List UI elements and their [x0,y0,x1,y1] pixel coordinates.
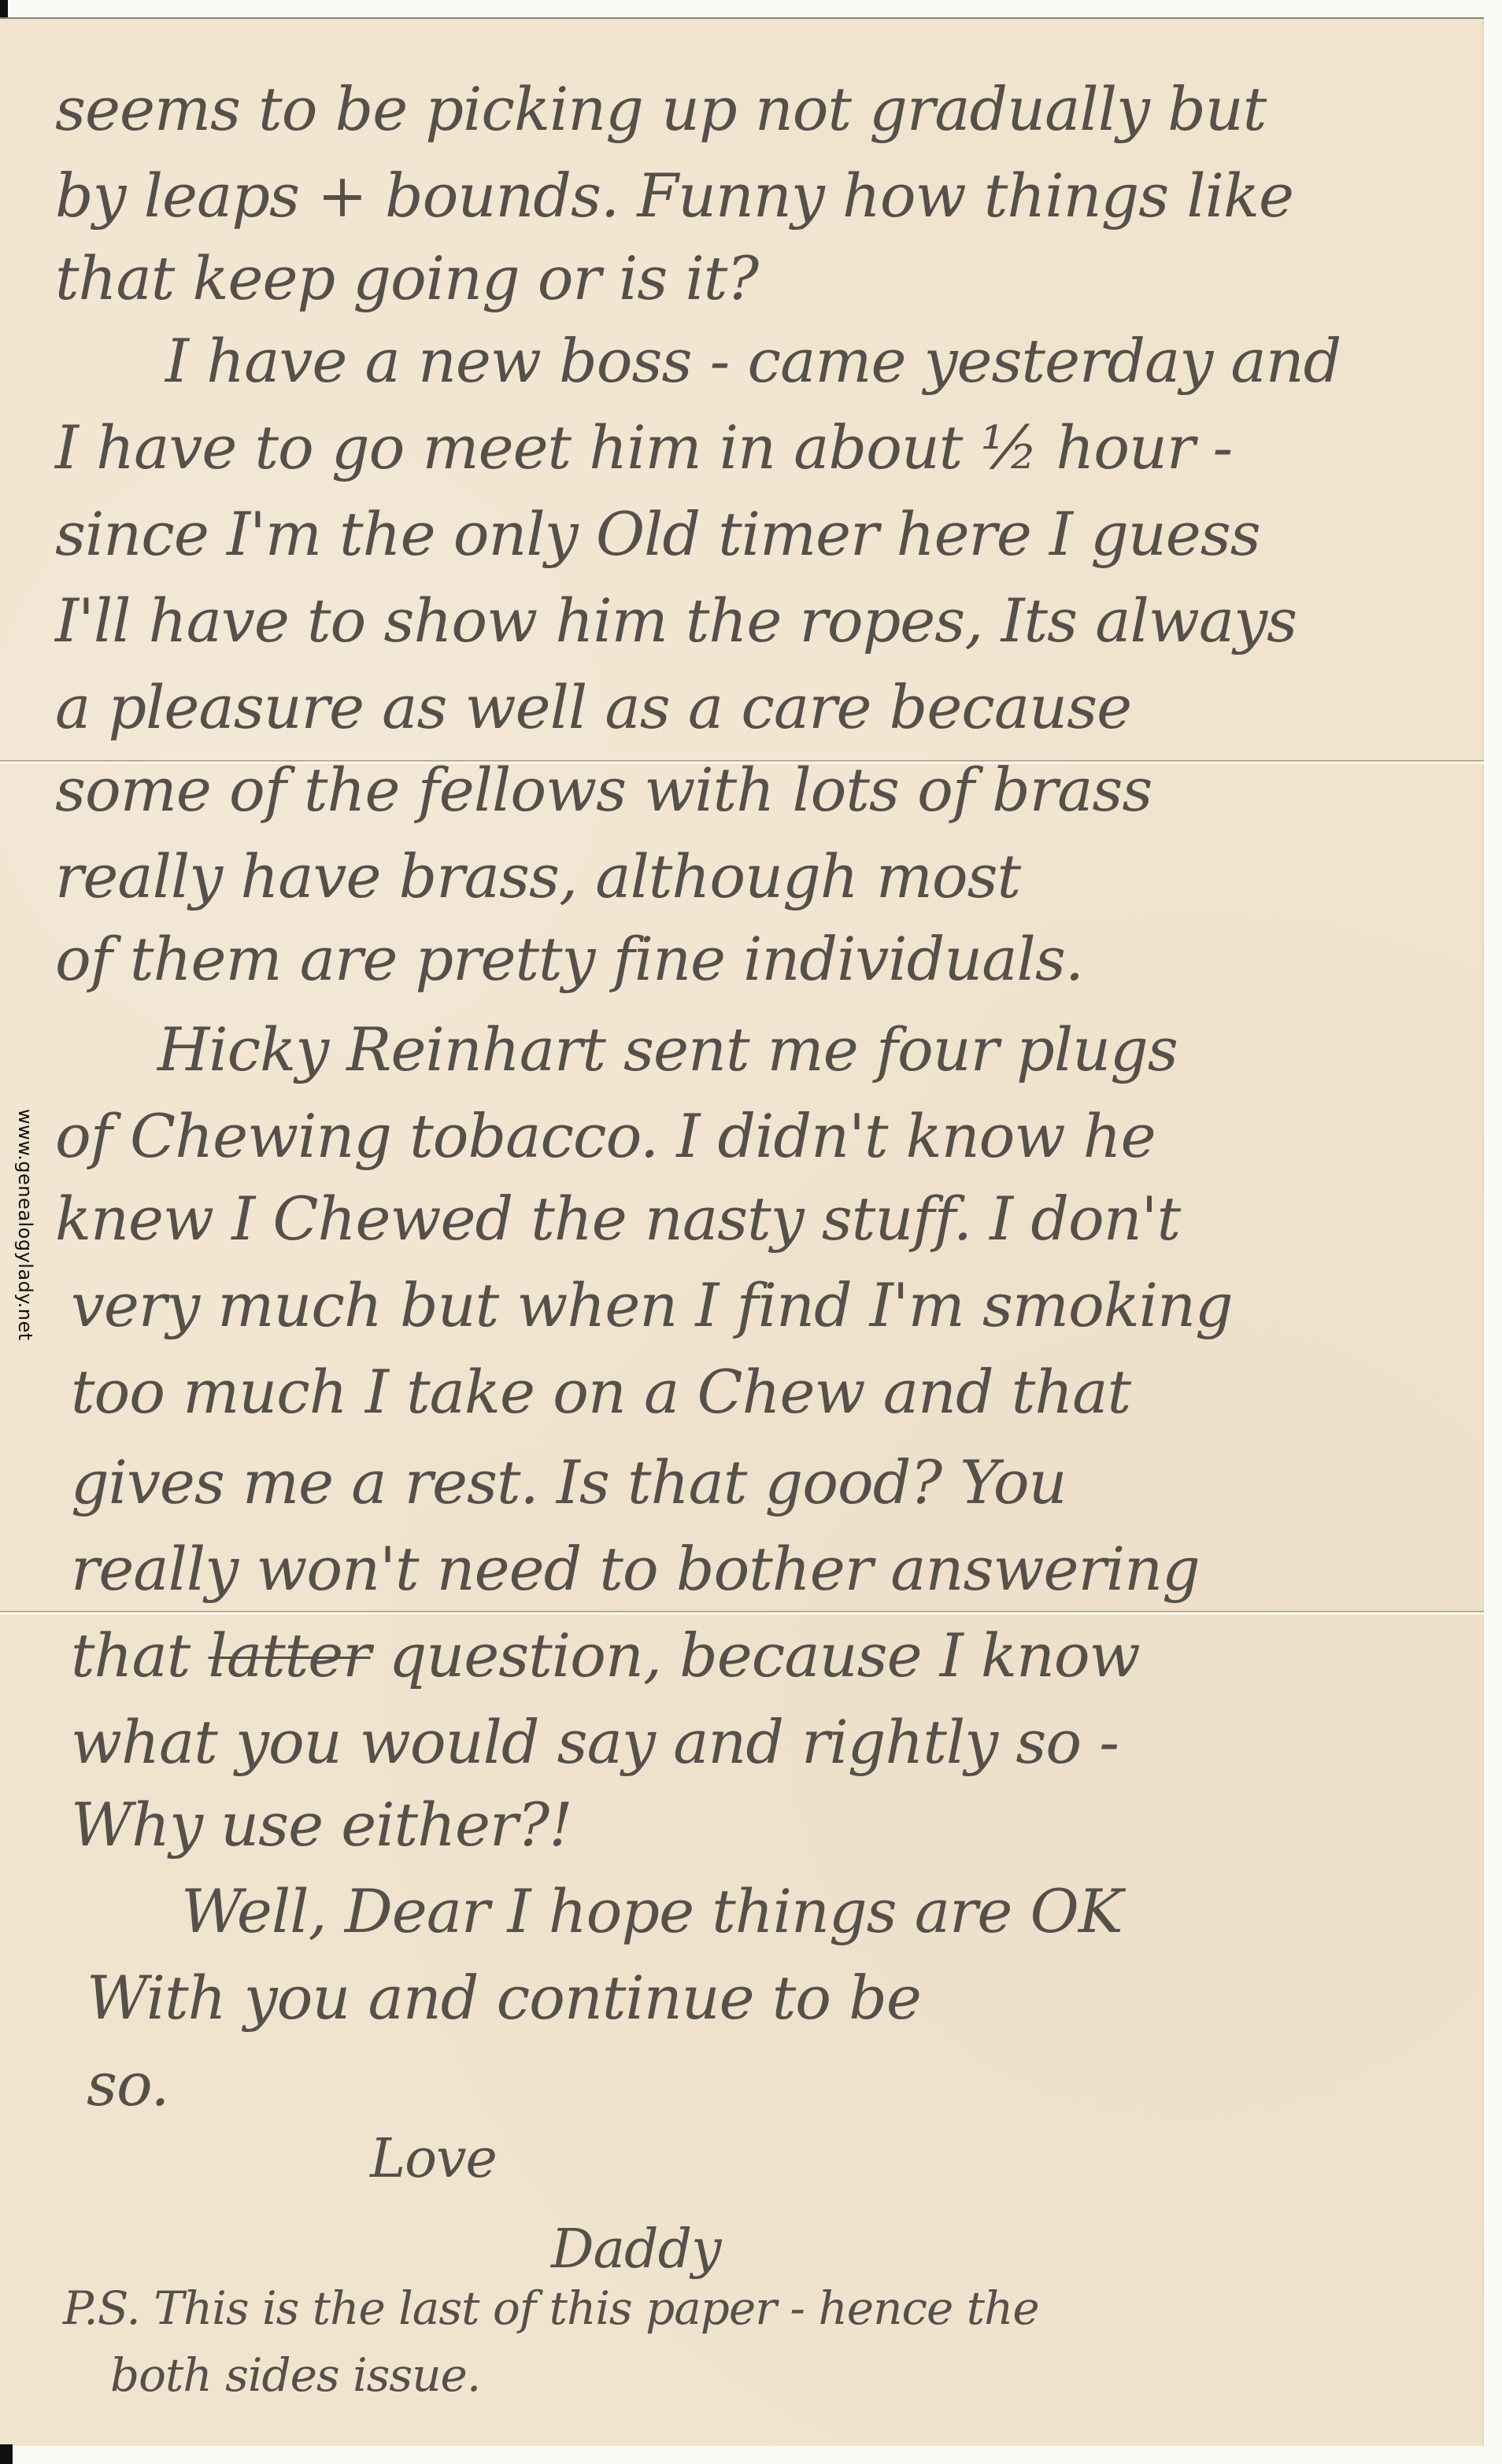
signature-daddy: Daddy [551,2218,721,2281]
letter-line: really have brass, although most [55,841,1020,911]
letter-line: Why use either?! [71,1790,572,1860]
fold-crease-lower [0,1611,1484,1616]
letter-line: by leaps + bounds. Funny how things like [55,161,1293,231]
letter-line: Well, Dear I hope things are OK [181,1876,1123,1946]
letter-line: that keep going or is it? [55,243,758,313]
letter-line: since I'm the only Old timer here I gues… [55,499,1260,569]
letter-line: seems to be picking up not gradually but [55,74,1266,144]
letter-line: too much I take on a Chew and that [71,1357,1130,1427]
letter-line: what you would say and rightly so - [71,1707,1119,1777]
closing-love: Love [370,2128,497,2190]
letter-line: I'll have to show him the ropes, Its alw… [55,586,1297,656]
postscript-part-b: of this paper - hence the [493,2281,1039,2335]
watermark-url: www.genealogylady.net [9,1109,41,1345]
struck-word: latter [209,1620,371,1690]
letter-line: I have to go meet him in about ½ hour - [55,412,1232,482]
letter-line: I have a new boss - came yesterday and [165,326,1341,396]
letter-line: of Chewing tobacco. I didn't know he [55,1101,1156,1171]
letter-line: some of the fellows with lots of brass [55,755,1152,825]
letter-line: With you and continue to be [87,1963,921,2033]
postscript-line-1: P.S. This is the last of this paper - he… [63,2281,1039,2335]
line-suffix: question, because I know [389,1620,1140,1690]
postscript-line-2: both sides issue. [110,2348,480,2402]
letter-line-with-strikethrough: that latter question, because I know [71,1620,1140,1690]
letter-page: www.genealogylady.net seems to be pickin… [0,17,1484,2446]
letter-line: knew I Chewed the nasty stuff. I don't [55,1184,1180,1254]
scan-edge-top [0,0,8,19]
letter-line: of them are pretty fine individuals. [55,924,1083,994]
letter-line: very much but when I find I'm smoking [71,1270,1233,1340]
scan-edge-bottom [0,2444,13,2464]
postscript-part-a: P.S. This is the last [63,2281,479,2335]
letter-line: gives me a rest. Is that good? You [71,1447,1067,1517]
letter-line: really won't need to bother answering [71,1534,1200,1604]
letter-line: a pleasure as well as a care because [55,672,1131,742]
letter-line: Hicky Reinhart sent me four plugs [157,1014,1178,1084]
letter-line: so. [87,2049,169,2119]
line-prefix: that [71,1620,190,1690]
